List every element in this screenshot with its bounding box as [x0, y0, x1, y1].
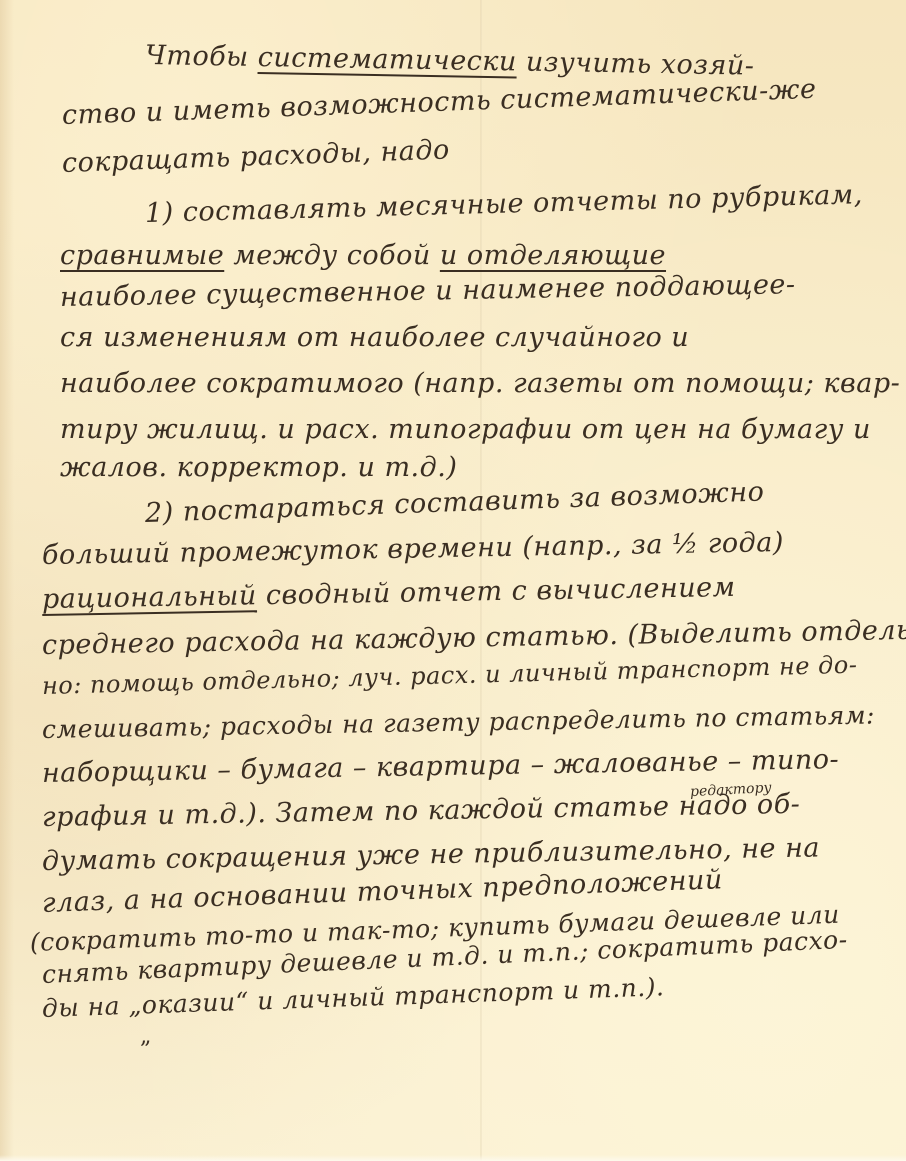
point1-line-6: тиру жилищ. и расх. типографии от цен на… [60, 414, 871, 445]
point2-line-8: графия и т.д.). Затем по каждой статье н… [42, 789, 801, 833]
point1-line-2: сравнимые между собой и отделяющие [60, 240, 666, 271]
closing-quote-mark: „ [140, 1024, 151, 1049]
point1-line-1: 1) составлять месячные отчеты по рубрика… [145, 179, 864, 229]
manuscript-text: Чтобы систематически изучить хозяй- ство… [0, 0, 906, 1161]
point2-line-3-end: сводный отчет с вычислением [266, 572, 736, 611]
intro-line-2: ство и иметь возможность систематически-… [61, 74, 816, 131]
point2-line-6: смешивать; расходы на газету распределит… [42, 700, 875, 744]
underlined-word-comparable: сравнимые [60, 240, 224, 271]
point2-line-2: больший промежуток времени (напр., за ½ … [42, 527, 784, 571]
underlined-word-systematically: систематически [258, 42, 518, 78]
underlined-word-rational: рациональный [42, 580, 257, 615]
intro-line-3: сокращать расходы, надо [61, 134, 450, 179]
underlined-word-separating: и отделяющие [440, 240, 666, 271]
intro-word-chtoby: Чтобы [145, 40, 249, 73]
point1-line-3: наиболее существенное и наименее поддающ… [60, 269, 796, 313]
point1-line-7: жалов. корректор. и т.д.) [60, 452, 457, 483]
point2-line-3: рациональный сводный отчет с вычислением [42, 572, 736, 615]
point1-between-each-other: между собой [233, 240, 430, 271]
point2-line-1: 2) постараться составить за возможно [144, 476, 764, 529]
intro-line-1: Чтобы систематически изучить хозяй- [145, 40, 755, 82]
point1-line-4: ся изменениям от наиболее случайного и [60, 322, 689, 353]
point1-line-5: наиболее сократимого (напр. газеты от по… [60, 368, 900, 399]
